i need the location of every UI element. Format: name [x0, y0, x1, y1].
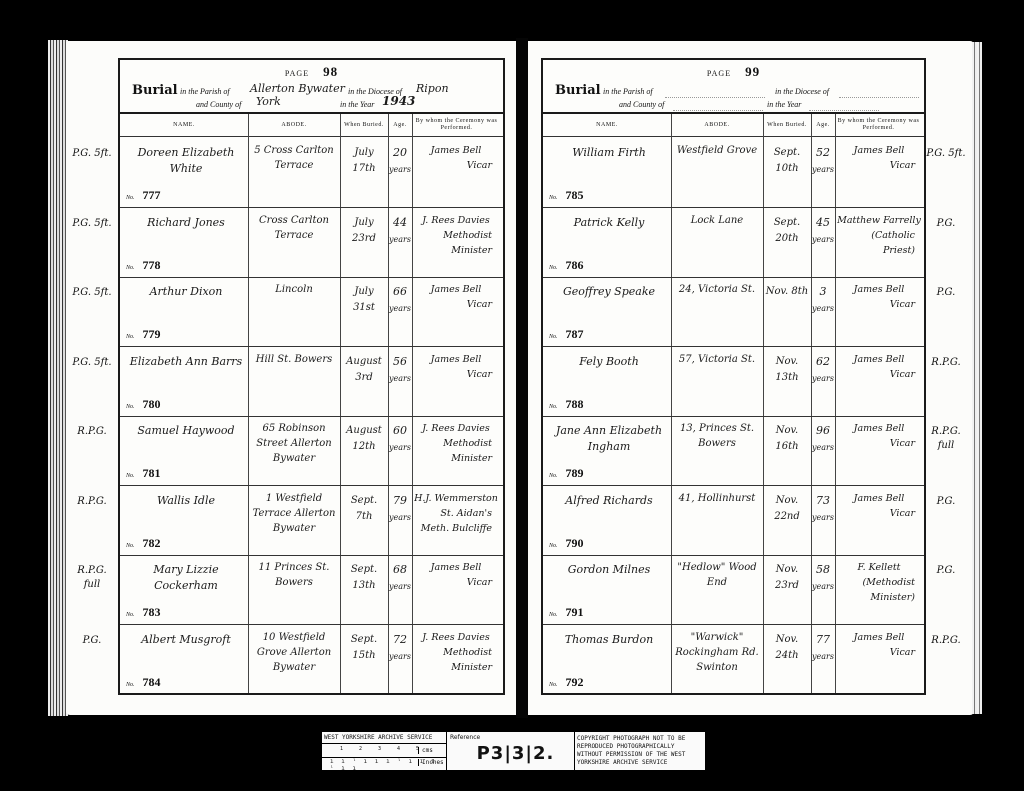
- margin-grave-note: P.G.: [926, 286, 966, 300]
- abode-cell: 57, Victoria St.: [671, 346, 763, 416]
- col-abode: ABODE.: [248, 114, 340, 136]
- register-header: PAGE99 Burial in the Parish of in the Di…: [543, 60, 924, 114]
- age: 52years: [812, 145, 834, 178]
- burial-date: Nov. 22nd: [765, 493, 809, 525]
- entry-number: No.779: [126, 327, 169, 342]
- abode: 13, Princes St. Bowers: [675, 421, 759, 451]
- margin-grave-note: P.G.: [926, 217, 966, 231]
- officiant-role: Vicar: [837, 158, 921, 173]
- officiant-role: Vicar: [837, 645, 921, 660]
- register-entry-row: Wallis IdleNo.7821 Westfield Terrace All…: [120, 485, 503, 556]
- burial-date-cell: August 12th: [340, 415, 388, 485]
- entry-number-value: 777: [143, 188, 161, 202]
- age-cell: 72years: [388, 624, 412, 694]
- entry-number: No.789: [549, 466, 592, 481]
- no-label: No.: [126, 404, 135, 410]
- entry-number: No.785: [549, 188, 592, 203]
- burial-date: Sept. 7th: [342, 493, 386, 525]
- register-left: PAGE98 Burial in the Parish of Allerton …: [118, 58, 505, 695]
- officiant-name: J. Rees Davies: [414, 421, 498, 436]
- entry-number-value: 778: [143, 258, 161, 272]
- officiant: J. Rees DaviesMethodist Minister: [414, 421, 498, 466]
- age: 62years: [812, 354, 834, 387]
- burial-date-cell: July 23rd: [340, 207, 388, 277]
- age-unit: years: [389, 513, 411, 522]
- no-label: No.: [549, 195, 558, 201]
- register-entry-row: Samuel HaywoodNo.78165 Robinson Street A…: [120, 415, 503, 486]
- name-cell: Patrick KellyNo.786: [543, 207, 671, 277]
- officiant-cell: J. Rees DaviesMethodist Minister: [412, 624, 500, 694]
- register-entry-row: Fely BoothNo.78857, Victoria St.Nov. 13t…: [543, 346, 924, 417]
- officiant-name: James Bell: [837, 143, 921, 158]
- entry-number-value: 779: [143, 327, 161, 341]
- age-cell: 96years: [811, 415, 835, 485]
- abode-cell: 13, Princes St. Bowers: [671, 415, 763, 485]
- col-name: NAME.: [120, 114, 248, 136]
- name-cell: Arthur DixonNo.779: [120, 276, 248, 346]
- officiant-name: James Bell: [837, 421, 921, 436]
- officiant: James BellVicar: [837, 421, 921, 451]
- entry-number: No.777: [126, 188, 169, 203]
- abode-cell: Hill St. Bowers: [248, 346, 340, 416]
- officiant-name: F. Kellett: [837, 560, 921, 575]
- page-number: PAGE99: [543, 64, 924, 80]
- age-unit: years: [812, 374, 834, 383]
- county-label: and County of: [196, 100, 241, 109]
- burial-date-cell: Nov. 16th: [763, 415, 811, 485]
- margin-grave-note: R.P.G.: [72, 425, 112, 439]
- age-value: 79: [389, 493, 411, 509]
- age-cell: 60years: [388, 415, 412, 485]
- age-unit: years: [812, 304, 834, 313]
- age-unit: years: [389, 443, 411, 452]
- age-cell: 20years: [388, 137, 412, 207]
- age-unit: years: [812, 235, 834, 244]
- entry-number-value: 782: [143, 536, 161, 550]
- abode-cell: 24, Victoria St.: [671, 276, 763, 346]
- age-value: 60: [389, 423, 411, 439]
- officiant: J. Rees DaviesMethodist Minister: [414, 630, 498, 675]
- age-value: 20: [389, 145, 411, 161]
- officiant: James BellVicar: [414, 143, 498, 173]
- age-cell: 77years: [811, 624, 835, 694]
- deceased-name: Jane Ann Elizabeth Ingham: [551, 423, 667, 455]
- deceased-name: Wallis Idle: [128, 493, 244, 509]
- burial-date-cell: Sept. 20th: [763, 207, 811, 277]
- abode-cell: Lock Lane: [671, 207, 763, 277]
- burial-date: July 31st: [342, 284, 386, 316]
- officiant: H.J. WemmerstonSt. Aidan's Meth. Bulclif…: [414, 491, 498, 536]
- burial-date: Sept. 15th: [342, 632, 386, 664]
- age: 68years: [389, 562, 411, 595]
- officiant-name: James Bell: [837, 282, 921, 297]
- entry-number: No.782: [126, 536, 169, 551]
- deceased-name: Samuel Haywood: [128, 423, 244, 439]
- col-age: Age.: [811, 114, 835, 136]
- age-cell: 56years: [388, 346, 412, 416]
- register-entry-row: Gordon MilnesNo.791"Hedlow" Wood EndNov.…: [543, 554, 924, 625]
- abode: "Hedlow" Wood End: [675, 560, 759, 590]
- name-cell: Mary Lizzie CockerhamNo.783: [120, 554, 248, 624]
- age-cell: 62years: [811, 346, 835, 416]
- page-number-value: 99: [745, 64, 760, 79]
- margin-grave-note: P.G. 5ft.: [926, 147, 966, 161]
- name-cell: Jane Ann Elizabeth InghamNo.789: [543, 415, 671, 485]
- register-entry-row: Elizabeth Ann BarrsNo.780Hill St. Bowers…: [120, 346, 503, 417]
- officiant-cell: James BellVicar: [412, 346, 500, 416]
- entry-number-value: 785: [566, 188, 584, 202]
- age-unit: years: [812, 165, 834, 174]
- entry-number-value: 784: [143, 675, 161, 689]
- page-number-value: 98: [323, 64, 338, 79]
- abode-cell: 5 Cross Carlton Terrace: [248, 137, 340, 207]
- entry-number-value: 790: [566, 536, 584, 550]
- age-unit: years: [389, 374, 411, 383]
- burial-date: August 12th: [342, 423, 386, 455]
- entry-number: No.790: [549, 536, 592, 551]
- officiant: F. Kellett(Methodist Minister): [837, 560, 921, 605]
- officiant-role: Vicar: [414, 158, 498, 173]
- burial-date-cell: Sept. 13th: [340, 554, 388, 624]
- age: 20years: [389, 145, 411, 178]
- margin-grave-note: P.G. 5ft.: [72, 286, 112, 300]
- year-fill-line: [809, 98, 879, 111]
- officiant-cell: James BellVicar: [835, 624, 923, 694]
- officiant: James BellVicar: [837, 630, 921, 660]
- no-label: No.: [126, 334, 135, 340]
- abode-cell: "Hedlow" Wood End: [671, 554, 763, 624]
- abode-cell: 11 Princes St. Bowers: [248, 554, 340, 624]
- diocese-label: in the Diocese of: [775, 87, 829, 96]
- officiant-role: Vicar: [414, 297, 498, 312]
- margin-grave-note: R.P.G. full: [926, 425, 966, 453]
- age-cell: 66years: [388, 276, 412, 346]
- cms-label: cms: [418, 747, 444, 754]
- abode: Lincoln: [252, 282, 336, 297]
- deceased-name: Patrick Kelly: [551, 215, 667, 231]
- reference-value: P3|3|2.: [457, 743, 574, 764]
- deceased-name: William Firth: [551, 145, 667, 161]
- age: 45years: [812, 215, 834, 248]
- margin-grave-note: P.G.: [72, 634, 112, 648]
- abode: 24, Victoria St.: [675, 282, 759, 297]
- county-fill-line: [673, 98, 763, 111]
- margin-grave-note: P.G.: [926, 564, 966, 578]
- age: 66years: [389, 284, 411, 317]
- margin-grave-note: P.G. 5ft.: [72, 217, 112, 231]
- deceased-name: Albert Musgroft: [128, 632, 244, 648]
- abode-cell: 10 Westfield Grove Allerton Bywater: [248, 624, 340, 694]
- name-cell: Alfred RichardsNo.790: [543, 485, 671, 555]
- officiant-cell: James BellVicar: [835, 276, 923, 346]
- ruler-tick: 2: [359, 746, 362, 752]
- year-label: in the Year: [767, 100, 801, 109]
- burial-date-cell: Sept. 10th: [763, 137, 811, 207]
- register-entry-row: William FirthNo.785Westfield GroveSept. …: [543, 137, 924, 208]
- no-label: No.: [549, 404, 558, 410]
- abode: Cross Carlton Terrace: [252, 213, 336, 243]
- officiant-cell: James BellVicar: [412, 137, 500, 207]
- reference-label: Reference: [450, 734, 480, 741]
- burial-date-cell: July 17th: [340, 137, 388, 207]
- name-cell: Wallis IdleNo.782: [120, 485, 248, 555]
- officiant-name: James Bell: [414, 352, 498, 367]
- officiant: James BellVicar: [837, 282, 921, 312]
- age: 79years: [389, 493, 411, 526]
- officiant-cell: J. Rees DaviesMethodist Minister: [412, 415, 500, 485]
- deceased-name: Elizabeth Ann Barrs: [128, 354, 244, 370]
- officiant-name: Matthew Farrelly: [837, 213, 921, 228]
- archive-service-name: WEST YORKSHIRE ARCHIVE SERVICE: [324, 734, 432, 741]
- page-label: PAGE: [285, 69, 309, 78]
- age-value: 96: [812, 423, 834, 439]
- col-officiant: By whom the Ceremony was Performed.: [412, 114, 501, 136]
- deceased-name: Doreen Elizabeth White: [128, 145, 244, 177]
- name-cell: Elizabeth Ann BarrsNo.780: [120, 346, 248, 416]
- abode-cell: 65 Robinson Street Allerton Bywater: [248, 415, 340, 485]
- name-cell: Richard JonesNo.778: [120, 207, 248, 277]
- burial-date: Nov. 13th: [765, 354, 809, 386]
- age-value: 77: [812, 632, 834, 648]
- register-entry-row: Alfred RichardsNo.79041, HollinhurstNov.…: [543, 485, 924, 556]
- age-cell: 79years: [388, 485, 412, 555]
- age-value: 56: [389, 354, 411, 370]
- burial-date-cell: July 31st: [340, 276, 388, 346]
- officiant-name: James Bell: [837, 630, 921, 645]
- no-label: No.: [549, 543, 558, 549]
- officiant-role: Vicar: [837, 436, 921, 451]
- age-value: 68: [389, 562, 411, 578]
- entry-number: No.792: [549, 675, 592, 690]
- age-unit: years: [389, 652, 411, 661]
- abode-cell: 41, Hollinhurst: [671, 485, 763, 555]
- age-unit: years: [812, 652, 834, 661]
- age: 73years: [812, 493, 834, 526]
- officiant: James BellVicar: [837, 491, 921, 521]
- age-value: 3: [812, 284, 834, 300]
- officiant-name: James Bell: [837, 352, 921, 367]
- name-cell: Gordon MilnesNo.791: [543, 554, 671, 624]
- age-unit: years: [812, 513, 834, 522]
- age: 96years: [812, 423, 834, 456]
- register-entry-row: Arthur DixonNo.779LincolnJuly 31st66year…: [120, 276, 503, 347]
- col-when-buried: When Buried.: [763, 114, 811, 136]
- no-label: No.: [126, 473, 135, 479]
- burial-date-cell: Sept. 15th: [340, 624, 388, 694]
- burial-date-cell: Sept. 7th: [340, 485, 388, 555]
- name-cell: Albert MusgroftNo.784: [120, 624, 248, 694]
- officiant-role: Methodist Minister: [414, 228, 498, 258]
- deceased-name: Arthur Dixon: [128, 284, 244, 300]
- register-entry-row: Mary Lizzie CockerhamNo.78311 Princes St…: [120, 554, 503, 625]
- officiant: James BellVicar: [414, 352, 498, 382]
- burial-date: Sept. 13th: [342, 562, 386, 594]
- no-label: No.: [126, 612, 135, 618]
- officiant-role: Vicar: [414, 575, 498, 590]
- age-cell: 44years: [388, 207, 412, 277]
- burial-date-cell: Nov. 8th: [763, 276, 811, 346]
- officiant: J. Rees DaviesMethodist Minister: [414, 213, 498, 258]
- burial-date: Nov. 23rd: [765, 562, 809, 594]
- inch-ruler: ı ı ˡ ı ı ı ˡ ı ı ı ˡ ı ı Inches: [322, 757, 446, 769]
- burial-date-cell: Nov. 13th: [763, 346, 811, 416]
- entry-number-value: 781: [143, 466, 161, 480]
- entry-number-value: 786: [566, 258, 584, 272]
- age-cell: 68years: [388, 554, 412, 624]
- parish-label: in the Parish of: [180, 87, 230, 96]
- entry-number-value: 792: [566, 675, 584, 689]
- deceased-name: Fely Booth: [551, 354, 667, 370]
- age-cell: 52years: [811, 137, 835, 207]
- name-cell: Doreen Elizabeth WhiteNo.777: [120, 137, 248, 207]
- burial-heading: Burial: [555, 83, 601, 98]
- officiant: James BellVicar: [837, 143, 921, 173]
- age-value: 45: [812, 215, 834, 231]
- officiant-cell: James BellVicar: [835, 137, 923, 207]
- age: 44years: [389, 215, 411, 248]
- entry-number: No.788: [549, 397, 592, 412]
- officiant-cell: James BellVicar: [412, 554, 500, 624]
- ruler-tick: 4: [397, 746, 400, 752]
- burial-heading: Burial: [132, 83, 178, 98]
- deceased-name: Geoffrey Speake: [551, 284, 667, 300]
- col-age: Age.: [388, 114, 412, 136]
- deceased-name: Gordon Milnes: [551, 562, 667, 578]
- age-value: 52: [812, 145, 834, 161]
- officiant-role: Vicar: [837, 367, 921, 382]
- margin-grave-note: R.P.G. full: [72, 564, 112, 592]
- burial-date-cell: Nov. 23rd: [763, 554, 811, 624]
- no-label: No.: [549, 334, 558, 340]
- officiant-name: J. Rees Davies: [414, 630, 498, 645]
- officiant-role: St. Aidan's Meth. Bulcliffe: [414, 506, 498, 536]
- register-header: PAGE98 Burial in the Parish of Allerton …: [120, 60, 503, 114]
- officiant-role: Vicar: [837, 297, 921, 312]
- no-label: No.: [126, 195, 135, 201]
- name-cell: William FirthNo.785: [543, 137, 671, 207]
- abode-cell: Westfield Grove: [671, 137, 763, 207]
- entry-number-value: 788: [566, 397, 584, 411]
- burial-date: Sept. 20th: [765, 215, 809, 247]
- burial-date-cell: Nov. 22nd: [763, 485, 811, 555]
- officiant-role: Methodist Minister: [414, 645, 498, 675]
- year-value: 1943: [382, 94, 415, 108]
- abode: 11 Princes St. Bowers: [252, 560, 336, 590]
- officiant: James BellVicar: [414, 282, 498, 312]
- burial-date: July 17th: [342, 145, 386, 177]
- name-cell: Fely BoothNo.788: [543, 346, 671, 416]
- officiant-role: (Catholic Priest): [837, 228, 921, 258]
- margin-grave-note: P.G.: [926, 495, 966, 509]
- entry-number: No.780: [126, 397, 169, 412]
- age-value: 44: [389, 215, 411, 231]
- deceased-name: Richard Jones: [128, 215, 244, 231]
- entry-number: No.786: [549, 258, 592, 273]
- register-entry-row: Geoffrey SpeakeNo.78724, Victoria St.Nov…: [543, 276, 924, 347]
- entry-number-value: 783: [143, 605, 161, 619]
- register-entry-row: Richard JonesNo.778Cross Carlton Terrace…: [120, 207, 503, 278]
- officiant-name: James Bell: [837, 491, 921, 506]
- no-label: No.: [126, 265, 135, 271]
- age-unit: years: [389, 304, 411, 313]
- officiant-name: James Bell: [414, 282, 498, 297]
- diocese-fill-line: [839, 85, 919, 98]
- officiant: James BellVicar: [837, 352, 921, 382]
- no-label: No.: [126, 543, 135, 549]
- parish-value: Allerton Bywater: [250, 82, 345, 95]
- entry-number: No.778: [126, 258, 169, 273]
- entry-number: No.787: [549, 327, 592, 342]
- no-label: No.: [549, 682, 558, 688]
- age-value: 62: [812, 354, 834, 370]
- age: 58years: [812, 562, 834, 595]
- entry-number: No.783: [126, 605, 169, 620]
- burial-date: Nov. 24th: [765, 632, 809, 664]
- age: 77years: [812, 632, 834, 665]
- entry-number: No.791: [549, 605, 592, 620]
- abode: "Warwick" Rockingham Rd. Swinton: [675, 630, 759, 675]
- burial-date: Sept. 10th: [765, 145, 809, 177]
- entry-number-value: 789: [566, 466, 584, 480]
- officiant-role: Vicar: [414, 367, 498, 382]
- age-unit: years: [812, 443, 834, 452]
- entry-number: No.781: [126, 466, 169, 481]
- reference-block: Reference P3|3|2.: [447, 732, 575, 770]
- officiant-name: James Bell: [414, 143, 498, 158]
- entry-number-value: 787: [566, 327, 584, 341]
- officiant-role: Vicar: [837, 506, 921, 521]
- officiant-cell: H.J. WemmerstonSt. Aidan's Meth. Bulclif…: [412, 485, 500, 555]
- officiant-cell: J. Rees DaviesMethodist Minister: [412, 207, 500, 277]
- deceased-name: Thomas Burdon: [551, 632, 667, 648]
- age-unit: years: [389, 235, 411, 244]
- county-value: York: [256, 95, 281, 108]
- register-entry-row: Patrick KellyNo.786Lock LaneSept. 20th45…: [543, 207, 924, 278]
- margin-grave-note: R.P.G.: [72, 495, 112, 509]
- book-page-edges-left: [48, 40, 68, 716]
- age-value: 73: [812, 493, 834, 509]
- officiant: James BellVicar: [414, 560, 498, 590]
- archive-reference-label: WEST YORKSHIRE ARCHIVE SERVICE 1 2 3 4 5…: [321, 731, 706, 771]
- abode: 65 Robinson Street Allerton Bywater: [252, 421, 336, 466]
- parish-fill-line: [665, 85, 765, 98]
- no-label: No.: [549, 612, 558, 618]
- officiant-cell: James BellVicar: [835, 346, 923, 416]
- register-entry-row: Albert MusgroftNo.78410 Westfield Grove …: [120, 624, 503, 694]
- abode: 1 Westfield Terrace Allerton Bywater: [252, 491, 336, 536]
- col-name: NAME.: [543, 114, 671, 136]
- burial-date-cell: Nov. 24th: [763, 624, 811, 694]
- age-cell: 3years: [811, 276, 835, 346]
- year-label: in the Year: [340, 100, 374, 109]
- register-entry-row: Jane Ann Elizabeth InghamNo.78913, Princ…: [543, 415, 924, 486]
- abode-cell: Cross Carlton Terrace: [248, 207, 340, 277]
- age-value: 58: [812, 562, 834, 578]
- abode: Westfield Grove: [675, 143, 759, 158]
- deceased-name: Mary Lizzie Cockerham: [128, 562, 244, 594]
- county-label: and County of: [619, 100, 664, 109]
- age-unit: years: [812, 582, 834, 591]
- abode: Lock Lane: [675, 213, 759, 228]
- age-unit: years: [389, 165, 411, 174]
- name-cell: Geoffrey SpeakeNo.787: [543, 276, 671, 346]
- column-headers: NAME. ABODE. When Buried. Age. By whom t…: [120, 114, 503, 137]
- burial-date: July 23rd: [342, 215, 386, 247]
- age: 56years: [389, 354, 411, 387]
- abode-cell: "Warwick" Rockingham Rd. Swinton: [671, 624, 763, 694]
- register-entry-row: Thomas BurdonNo.792"Warwick" Rockingham …: [543, 624, 924, 694]
- officiant-cell: Matthew Farrelly(Catholic Priest): [835, 207, 923, 277]
